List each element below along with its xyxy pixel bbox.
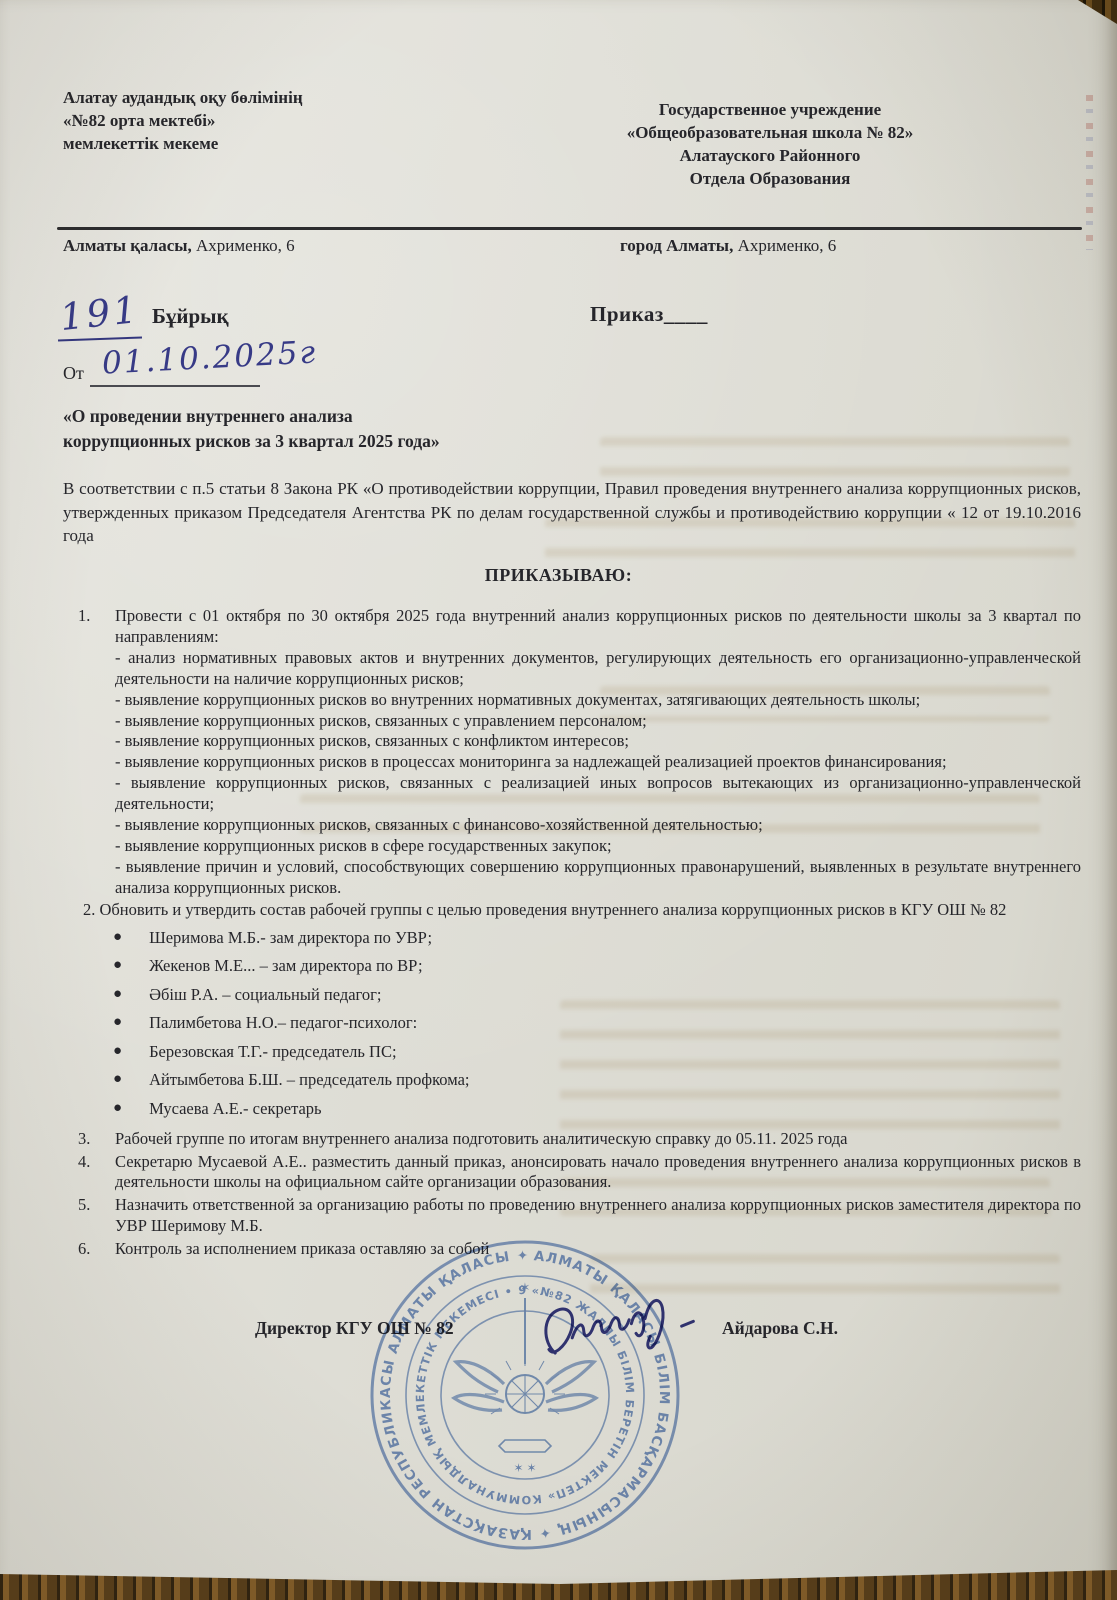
page-edge-marks <box>1086 95 1093 250</box>
date-blank-line <box>90 385 260 387</box>
member-text: Жекенов М.Е... – зам директора по ВР; <box>149 955 422 976</box>
direction-line: - выявление коррупционных рисков в сфере… <box>115 836 1081 857</box>
org-name-kazakh: Алатау аудандық оқу бөлімінің«№82 орта м… <box>63 86 483 155</box>
direction-line: - выявление коррупционных рисков, связан… <box>115 773 1081 815</box>
org-name-russian-line: Государственное учреждение <box>545 98 995 121</box>
numbered-item: 5. Назначить ответственной за организаци… <box>63 1195 1081 1237</box>
item-number: 4. <box>63 1152 115 1194</box>
direction-line: - выявление коррупционных рисков, связан… <box>115 711 1081 732</box>
direction-line: - выявление коррупционных рисков в проце… <box>115 752 1081 773</box>
working-group-member: ●Березовская Т.Г.- председатель ПС; <box>63 1041 1081 1062</box>
bullet-icon: ● <box>113 984 122 1005</box>
item-1-text: Провести с 01 октября по 30 октября 2025… <box>115 606 1081 899</box>
order-date-handwritten: 01.10.2025г <box>101 334 318 381</box>
org-name-russian-line: «Общеобразовательная школа № 82» <box>545 121 995 144</box>
bullet-icon: ● <box>113 1041 122 1062</box>
member-text: Мусаева А.Е.- секретарь <box>149 1098 322 1119</box>
official-round-stamp: АЛМАТЫ ҚАЛАСЫ БІЛІМ БАСҚАРМАСЫНЫҢ ✦ ҚАЗА… <box>364 1234 686 1556</box>
address-kazakh: Алматы қаласы, Ахрименко, 6 <box>63 236 295 256</box>
item-number: 3. <box>63 1129 115 1150</box>
director-signature-ink <box>529 1283 725 1382</box>
org-name-russian: Государственное учреждение«Общеобразоват… <box>545 98 995 190</box>
member-text: Айтымбетова Б.Ш. – председатель профкома… <box>149 1069 469 1090</box>
director-name: Айдарова С.Н. <box>722 1318 838 1339</box>
svg-text:✶: ✶ <box>520 1280 531 1295</box>
member-text: Әбіш Р.А. – социальный педагог; <box>149 984 381 1005</box>
order-title-kazakh: Бұйрық <box>152 304 229 329</box>
date-from-label: От <box>63 363 84 384</box>
bullet-icon: ● <box>113 955 122 976</box>
address-russian: город Алматы, Ахрименко, 6 <box>620 236 836 256</box>
direction-line: - выявление коррупционных рисков во внут… <box>115 690 1081 711</box>
address-city-ru: город Алматы, <box>620 236 733 255</box>
direction-line: - выявление коррупционных рисков, связан… <box>115 731 1081 752</box>
bullet-icon: ● <box>113 1069 122 1090</box>
member-text: Березовская Т.Г.- председатель ПС; <box>149 1041 396 1062</box>
item-1-intro: Провести с 01 октября по 30 октября 2025… <box>115 606 1081 648</box>
bullet-icon: ● <box>113 1012 122 1033</box>
address-street-kk: Ахрименко, 6 <box>192 236 295 255</box>
item-number: 5. <box>63 1195 115 1237</box>
working-group-member: ●Палимбетова Н.О.– педагог-психолог: <box>63 1012 1081 1033</box>
order-number-handwritten: 191 <box>58 288 142 339</box>
direction-line: - анализ нормативных правовых актов и вн… <box>115 648 1081 690</box>
item-number: 6. <box>63 1239 115 1260</box>
working-group-member: ●Мусаева А.Е.- секретарь <box>63 1098 1081 1119</box>
order-subject-line: «О проведении внутреннего анализа <box>63 404 440 429</box>
order-title-russian: Приказ____ <box>590 302 708 327</box>
address-city-kk: Алматы қаласы, <box>63 236 192 255</box>
direction-line: - выявление причин и условий, способству… <box>115 857 1081 899</box>
item-1-directions: - анализ нормативных правовых актов и вн… <box>115 648 1081 899</box>
working-group-member: ●Жекенов М.Е... – зам директора по ВР; <box>63 955 1081 976</box>
item-text: Рабочей группе по итогам внутреннего ана… <box>115 1129 1081 1150</box>
header-divider <box>57 227 1082 230</box>
order-body: 1. Провести с 01 октября по 30 октября 2… <box>63 606 1081 1262</box>
working-group-member: ●Айтымбетова Б.Ш. – председатель профком… <box>63 1069 1081 1090</box>
address-street-ru: Ахрименко, 6 <box>733 236 836 255</box>
item-1: 1. Провести с 01 октября по 30 октября 2… <box>63 606 1081 899</box>
member-text: Палимбетова Н.О.– педагог-психолог: <box>149 1012 417 1033</box>
bleed-through-artifact <box>600 437 1070 477</box>
direction-line: - выявление коррупционных рисков, связан… <box>115 815 1081 836</box>
item-1-number: 1. <box>63 606 115 899</box>
org-name-russian-line: Алатауского Районного <box>545 144 995 167</box>
org-name-kazakh-line: Алатау аудандық оқу бөлімінің <box>63 86 483 109</box>
preamble-paragraph: В соответствии с п.5 статьи 8 Закона РК … <box>63 477 1081 548</box>
numbered-item: 4. Секретарю Мусаевой А.Е.. разместить д… <box>63 1152 1081 1194</box>
bullet-icon: ● <box>113 927 122 948</box>
order-subject-line: коррупционных рисков за 3 квартал 2025 г… <box>63 429 440 454</box>
org-name-kazakh-line: мемлекеттік мекеме <box>63 132 483 155</box>
paper-sheet: Алатау аудандық оқу бөлімінің«№82 орта м… <box>0 0 1117 1600</box>
resolution-heading: ПРИКАЗЫВАЮ: <box>0 565 1117 586</box>
order-subject: «О проведении внутреннего анализакоррупц… <box>63 404 440 454</box>
numbered-item: 3. Рабочей группе по итогам внутреннего … <box>63 1129 1081 1150</box>
org-name-russian-line: Отдела Образования <box>545 167 995 190</box>
working-group-member: ●Шеримова М.Б.- зам директора по УВР; <box>63 927 1081 948</box>
working-group-member: ●Әбіш Р.А. – социальный педагог; <box>63 984 1081 1005</box>
stamp-stars: ✶ ✶ <box>513 1461 536 1475</box>
item-2-text: 2. Обновить и утвердить состав рабочей г… <box>40 900 1081 921</box>
item-text: Секретарю Мусаевой А.Е.. разместить данн… <box>115 1152 1081 1194</box>
member-text: Шеримова М.Б.- зам директора по УВР; <box>149 927 432 948</box>
bullet-icon: ● <box>113 1098 122 1119</box>
org-name-kazakh-line: «№82 орта мектебі» <box>63 109 483 132</box>
working-group-list: ●Шеримова М.Б.- зам директора по УВР;●Же… <box>63 927 1081 1119</box>
item-text: Назначить ответственной за организацию р… <box>115 1195 1081 1237</box>
